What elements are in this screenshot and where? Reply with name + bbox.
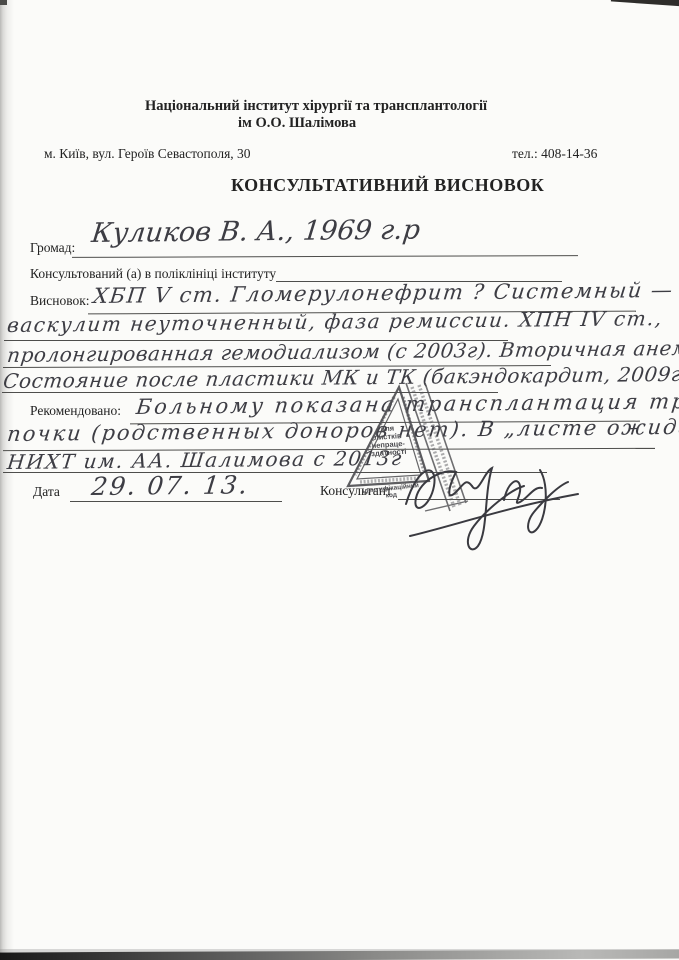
scan-top-right-artifact [611,0,679,7]
institute-name-line2: ім О.О. Шалімова [238,115,356,132]
recommended-label: Рекомендовано: [30,403,121,419]
date-value-handwriting: 29. 07. 13. [90,470,251,501]
document-title: КОНСУЛЬТАТИВНИЙ ВИСНОВОК [231,175,544,196]
citizen-value-handwriting: Куликов В. А., 1969 г.р [90,215,422,249]
conclusion-label: Висновок: [30,293,90,309]
scanned-consultation-document: Національний інститут хірургії та трансп… [0,0,679,960]
consulted-label: Консультований (а) в поліклініці інститу… [30,266,276,282]
scan-top-left-artifact [0,0,7,5]
institute-name-line1: Національний інститут хірургії та трансп… [145,98,487,115]
conclusion-handwriting-line1: ХБП V ст. Гломерулонефрит ? Системный — [92,278,675,308]
institute-address: м. Київ, вул. Героїв Севастополя, 30 [44,146,251,162]
conclusion-handwriting-line2: васкулит неуточненный, фаза ремиссии. ХП… [6,306,664,337]
citizen-label: Громад: [30,240,75,256]
consultant-signature [392,442,592,557]
scan-bottom-edge-shadow [0,949,679,960]
institute-phone: тел.: 408-14-36 [512,146,597,162]
scan-left-edge-shadow [0,0,14,960]
date-blank-line [70,501,282,502]
date-label: Дата [33,484,60,500]
citizen-blank-line [72,255,578,258]
